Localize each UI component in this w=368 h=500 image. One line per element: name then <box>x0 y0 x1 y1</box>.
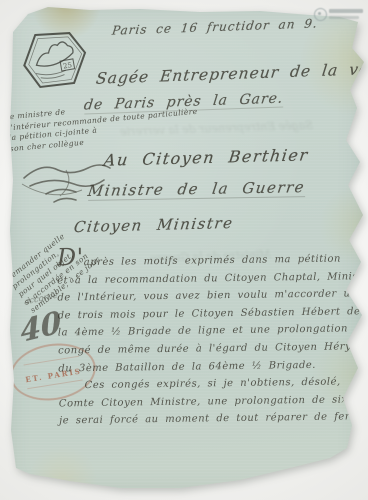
photo-watermark <box>314 7 366 25</box>
stamp-number-text: 25 <box>62 61 72 70</box>
addressee-title-line: Ministre de la Guerre <box>88 178 305 201</box>
photo-backdrop: Sagée Entrepreneur de la verrerie Minist… <box>0 0 368 500</box>
addressee-title-text: Ministre de la Guerre <box>87 178 307 200</box>
hexagonal-postal-stamp: 25 <box>15 22 95 99</box>
manuscript-paper-wrap: Sagée Entrepreneur de la verrerie Minist… <box>0 0 368 500</box>
watermark-text-blur <box>329 16 359 19</box>
letter-body: D'après les motifs exprimés dans ma péti… <box>57 248 368 431</box>
watermark-text-blur <box>329 9 363 13</box>
manuscript-paper: Sagée Entrepreneur de la verrerie Minist… <box>0 0 368 500</box>
watermark-logo-dot <box>318 12 321 15</box>
